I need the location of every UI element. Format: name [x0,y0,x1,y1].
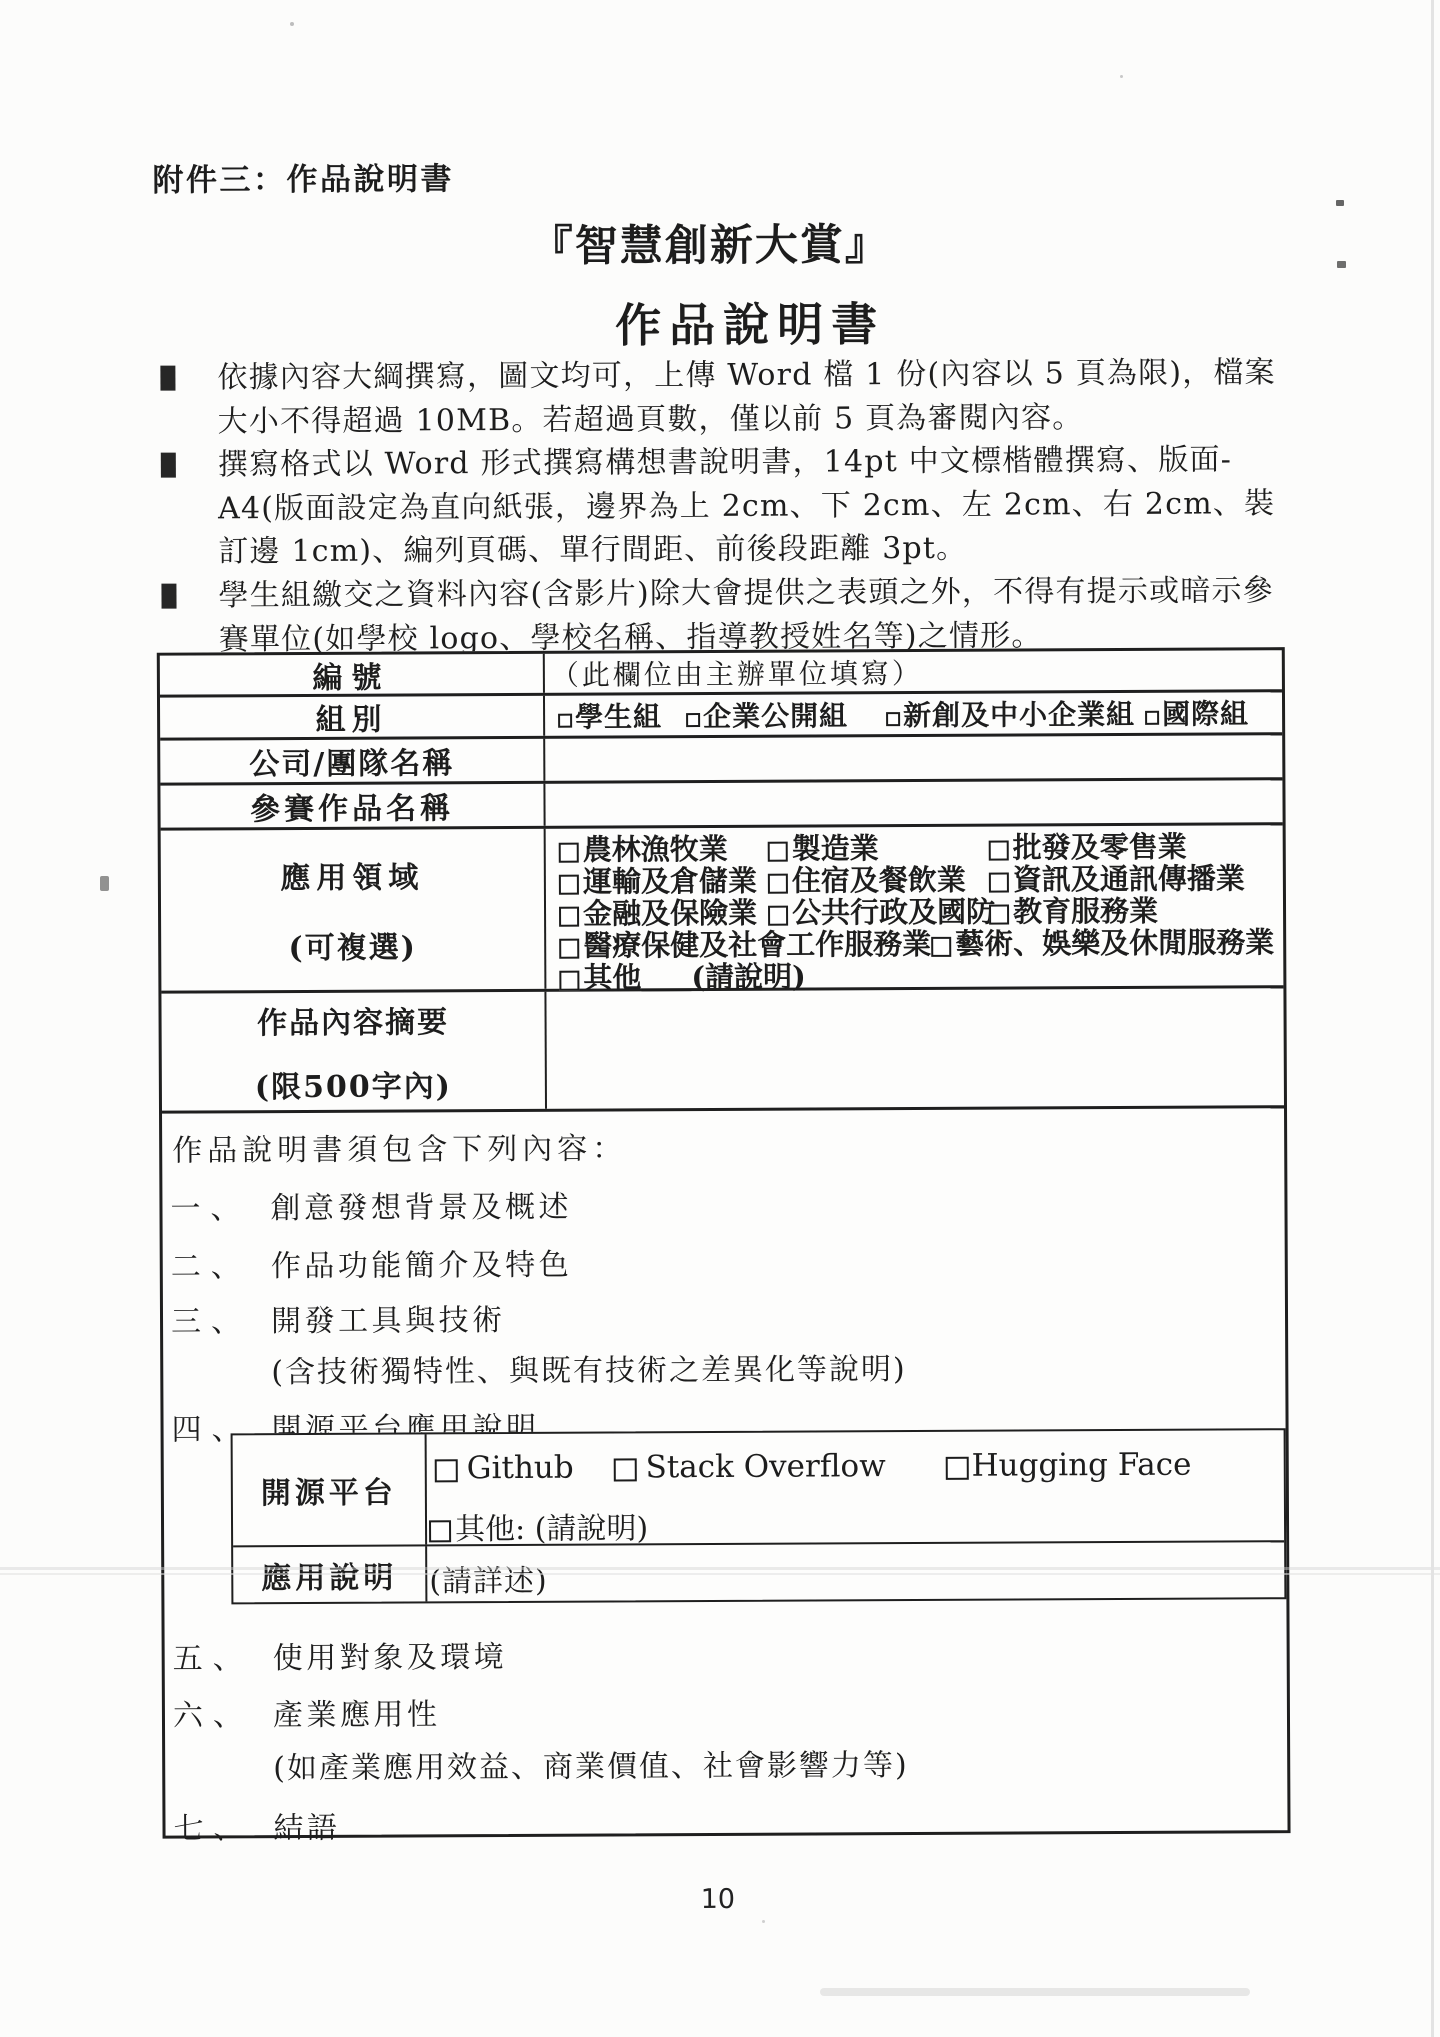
serial-value: （此欄位由主辦單位填寫） [545,650,1282,693]
checkbox-icon [1145,711,1159,725]
document-title: 『智慧創新大賞』 [150,209,1270,275]
checkbox-icon [989,873,1009,893]
group-options: 學生組 企業公開組 新創及中小企業組 國際組 [545,692,1282,736]
checkbox-icon [559,907,579,927]
outline-item-3: 三、 開發工具與技術 [171,1295,506,1341]
bullet-text: 依據內容大綱撰寫，圖文均可，上傳 Word 檔 1 份(內容以 5 頁為限)，檔… [217,351,1283,443]
instruction-bullets: 依據內容大綱撰寫，圖文均可，上傳 Word 檔 1 份(內容以 5 頁為限)，檔… [158,351,1285,662]
checkbox-icon [559,971,579,991]
domain-option: 製造業 [768,832,989,865]
checkbox-icon [435,1459,458,1482]
checkbox-icon [613,1458,636,1481]
square-bullet-icon [160,366,175,391]
domain-option: 金融及保險業 [559,897,768,930]
domain-option: 公共行政及國防 [768,896,989,929]
outline-item-1: 一、 創意發想背景及概述 [170,1182,572,1228]
domain-option: 運輸及倉儲業 [559,865,768,898]
summary-value-empty [546,988,1284,1109]
company-label: 公司/團隊名稱 [160,739,545,783]
outline-item-7: 七、 結語 [173,1803,340,1848]
square-bullet-icon [161,584,176,609]
group-option-student: 學生組 [558,695,662,736]
platform-label: 開源平台 [233,1434,428,1545]
checkbox-icon [686,713,700,727]
table-row-group: 組別 學生組 企業公開組 新創及中小企業組 國際組 [160,689,1282,737]
domain-row-4: 醫療保健及社會工作服務業 藝術、娛樂及休閒服務業 [559,926,1283,962]
document-sheet: 附件三：作品說明書 『智慧創新大賞』 作品說明書 依據內容大綱撰寫，圖文均可，上… [0,0,1440,2037]
company-value-empty [545,735,1282,781]
checkbox-icon [946,1457,969,1480]
work-name-value-empty [545,780,1282,826]
domain-option: 批發及零售業 [989,830,1283,863]
domain-option: 住宿及餐飲業 [768,864,989,897]
attachment-heading: 附件三：作品說明書 [152,153,454,199]
document-subtitle: 作品說明書 [190,286,1310,357]
group-label: 組別 [160,696,545,738]
domain-option: 教育服務業 [989,894,1283,927]
platform-checkboxes: Github Stack Overflow Hugging Face [435,1447,1192,1487]
checkbox-icon [931,937,951,957]
group-option-startup-sme: 新創及中小企業組 [886,693,1135,734]
checkbox-icon [559,843,579,863]
table-row-outline: 作品說明書須包含下列內容： 一、 創意發想背景及概述 二、 作品功能簡介及特色 … [162,1105,1288,1835]
open-source-usage-row: 應用說明 (請詳述) [233,1540,1284,1602]
work-name-label: 參賽作品名稱 [160,784,545,828]
platform-option-other: 其他: (請說明) [429,1503,648,1548]
domain-row-2: 運輸及倉儲業 住宿及餐飲業 資訊及通訊傳播業 [559,862,1283,898]
table-row-company: 公司/團隊名稱 [160,732,1282,782]
entry-form-table: 編號 （此欄位由主辦單位填寫） 組別 學生組 企業公開組 新創及中小企業組 國際… [157,647,1291,1838]
checkbox-icon [886,712,900,726]
platform-option-github: Github [435,1450,574,1487]
outline-item-6: 六、 產業應用性 [173,1689,441,1734]
domain-option: 藝術、娛樂及休閒服務業 [931,926,1274,960]
platform-option-stackoverflow: Stack Overflow [613,1448,885,1485]
checkbox-icon [559,875,579,895]
domain-row-1: 農林漁牧業 製造業 批發及零售業 [559,830,1283,866]
outline-item-2: 二、 作品功能簡介及特色 [171,1240,573,1286]
serial-label: 編號 [160,654,545,695]
checkbox-icon [768,906,788,926]
domain-option: 農林漁牧業 [559,833,768,866]
table-row-work-name: 參賽作品名稱 [160,777,1282,827]
checkbox-icon [768,874,788,894]
open-source-table: 開源平台 Github Stack Overflow Hugging Face … [231,1428,1287,1604]
domain-option: 資訊及通訊傳播業 [989,862,1283,895]
outline-item-3-note: (含技術獨特性、與既有技術之差異化等說明) [271,1344,907,1391]
usage-value-cell: (請詳述) [427,1542,1284,1601]
bullet-item: 撰寫格式以 Word 形式撰寫構想書說明書，14pt 中文標楷體撰寫、版面-A4… [159,438,1286,574]
outline-intro: 作品說明書須包含下列內容： [172,1123,627,1169]
checkbox-icon [559,939,579,959]
usage-label: 應用說明 [233,1546,427,1602]
domain-row-3: 金融及保險業 公共行政及國防 教育服務業 [559,894,1283,930]
group-option-enterprise: 企業公開組 [686,694,848,735]
domain-checkbox-area: 農林漁牧業 製造業 批發及零售業 運輸及倉儲業 住宿及餐飲業 資訊及通訊傳播業 … [546,825,1284,989]
bullet-text: 撰寫格式以 Word 形式撰寫構想書說明書，14pt 中文標楷體撰寫、版面-A4… [218,438,1285,574]
open-source-platform-row: 開源平台 Github Stack Overflow Hugging Face … [233,1430,1285,1545]
group-option-international: 國際組 [1145,692,1249,733]
bullet-item: 依據內容大綱撰寫，圖文均可，上傳 Word 檔 1 份(內容以 5 頁為限)，檔… [158,351,1284,444]
checkbox-icon [768,842,788,862]
platform-option-huggingface: Hugging Face [945,1447,1191,1484]
page-number: 10 [6,1880,1430,1918]
checkbox-icon [429,1520,451,1542]
domain-label: 應用領域 (可複選) [161,829,547,991]
table-row-serial: 編號 （此欄位由主辦單位填寫） [160,650,1282,694]
checkbox-icon [989,905,1009,925]
table-row-summary: 作品內容摘要 (限500字內) [161,985,1284,1110]
usage-placeholder: (請詳述) [429,1556,548,1601]
table-row-application-domain: 應用領域 (可複選) 農林漁牧業 製造業 批發及零售業 運輸及倉儲業 住宿及餐飲… [161,822,1284,990]
checkbox-icon [558,714,572,728]
outline-item-5: 五、 使用對象及環境 [173,1632,508,1678]
scanned-document-page: 附件三：作品說明書 『智慧創新大賞』 作品說明書 依據內容大綱撰寫，圖文均可，上… [0,0,1440,2037]
square-bullet-icon [161,453,176,478]
summary-label: 作品內容摘要 (限500字內) [161,992,547,1111]
checkbox-icon [989,841,1009,861]
domain-option: 醫療保健及社會工作服務業 [559,928,931,962]
platform-options: Github Stack Overflow Hugging Face 其他: (… [427,1430,1285,1544]
outline-item-6-note: (如產業應用效益、商業價值、社會影響力等) [273,1740,909,1787]
fill-in-blank [641,963,691,991]
